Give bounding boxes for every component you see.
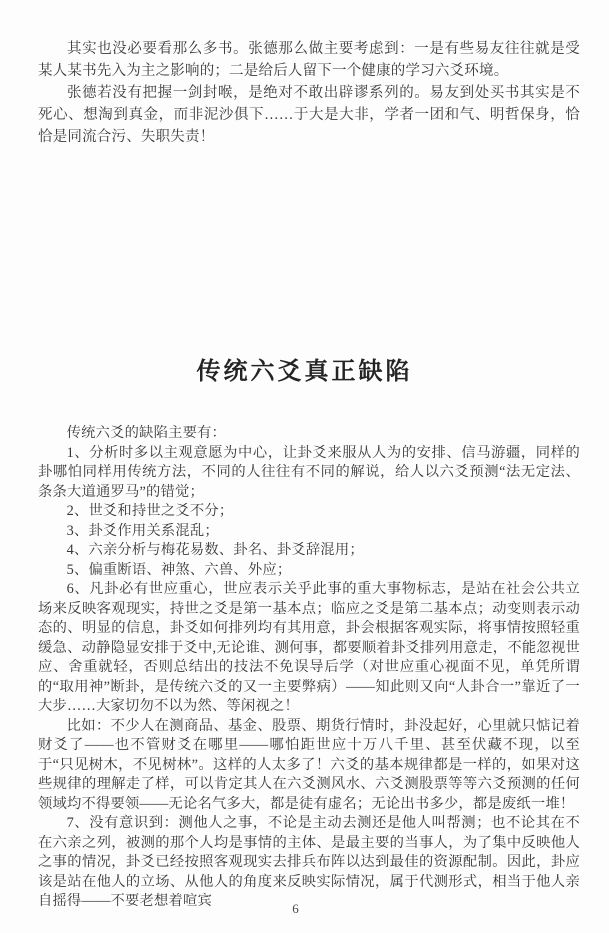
document-page: 其实也没必要看那么多书。张德那么做主要考虑到：一是有些易友往往就是受某人某书先入…: [0, 0, 609, 933]
list-item-3: 3、卦爻作用关系混乱；: [38, 522, 580, 542]
section-body: 传统六爻的缺陷主要有： 1、分析时多以主观意愿为中心，让卦爻来服从人为的安排、信…: [38, 424, 580, 912]
intro-block: 其实也没必要看那么多书。张德那么做主要考虑到：一是有些易友往往就是受某人某书先入…: [38, 38, 580, 148]
list-item-6: 6、凡卦必有世应重心，世应表示关乎此事的重大事物标志，是站在社会公共立场来反映客…: [38, 580, 580, 717]
intro-paragraph-2: 张德若没有把握一剑封喉，是绝对不敢出辟谬系列的。易友到处买书其实是不死心、想淘到…: [38, 82, 580, 148]
list-item-7: 7、没有意识到：测他人之事，不论是主动去测还是他人叫帮测；也不论其在不在六亲之列…: [38, 814, 580, 912]
list-item-4: 4、六亲分析与梅花易数、卦名、卦爻辞混用；: [38, 541, 580, 561]
list-item-1: 1、分析时多以主观意愿为中心，让卦爻来服从人为的安排、信马游疆，同样的卦哪怕同样…: [38, 444, 580, 503]
list-item-2: 2、世爻和持世之爻不分；: [38, 502, 580, 522]
list-item-5: 5、偏重断语、神煞、六兽、外应；: [38, 561, 580, 581]
intro-paragraph-1: 其实也没必要看那么多书。张德那么做主要考虑到：一是有些易友往往就是受某人某书先入…: [38, 38, 580, 82]
section-lead: 传统六爻的缺陷主要有：: [38, 424, 580, 444]
section-title: 传统六爻真正缺陷: [0, 351, 609, 386]
example-paragraph: 比如：不少人在测商品、基金、股票、期货行情时，卦没起好，心里就只惦记着财爻了——…: [38, 717, 580, 815]
page-number: 6: [0, 901, 591, 917]
